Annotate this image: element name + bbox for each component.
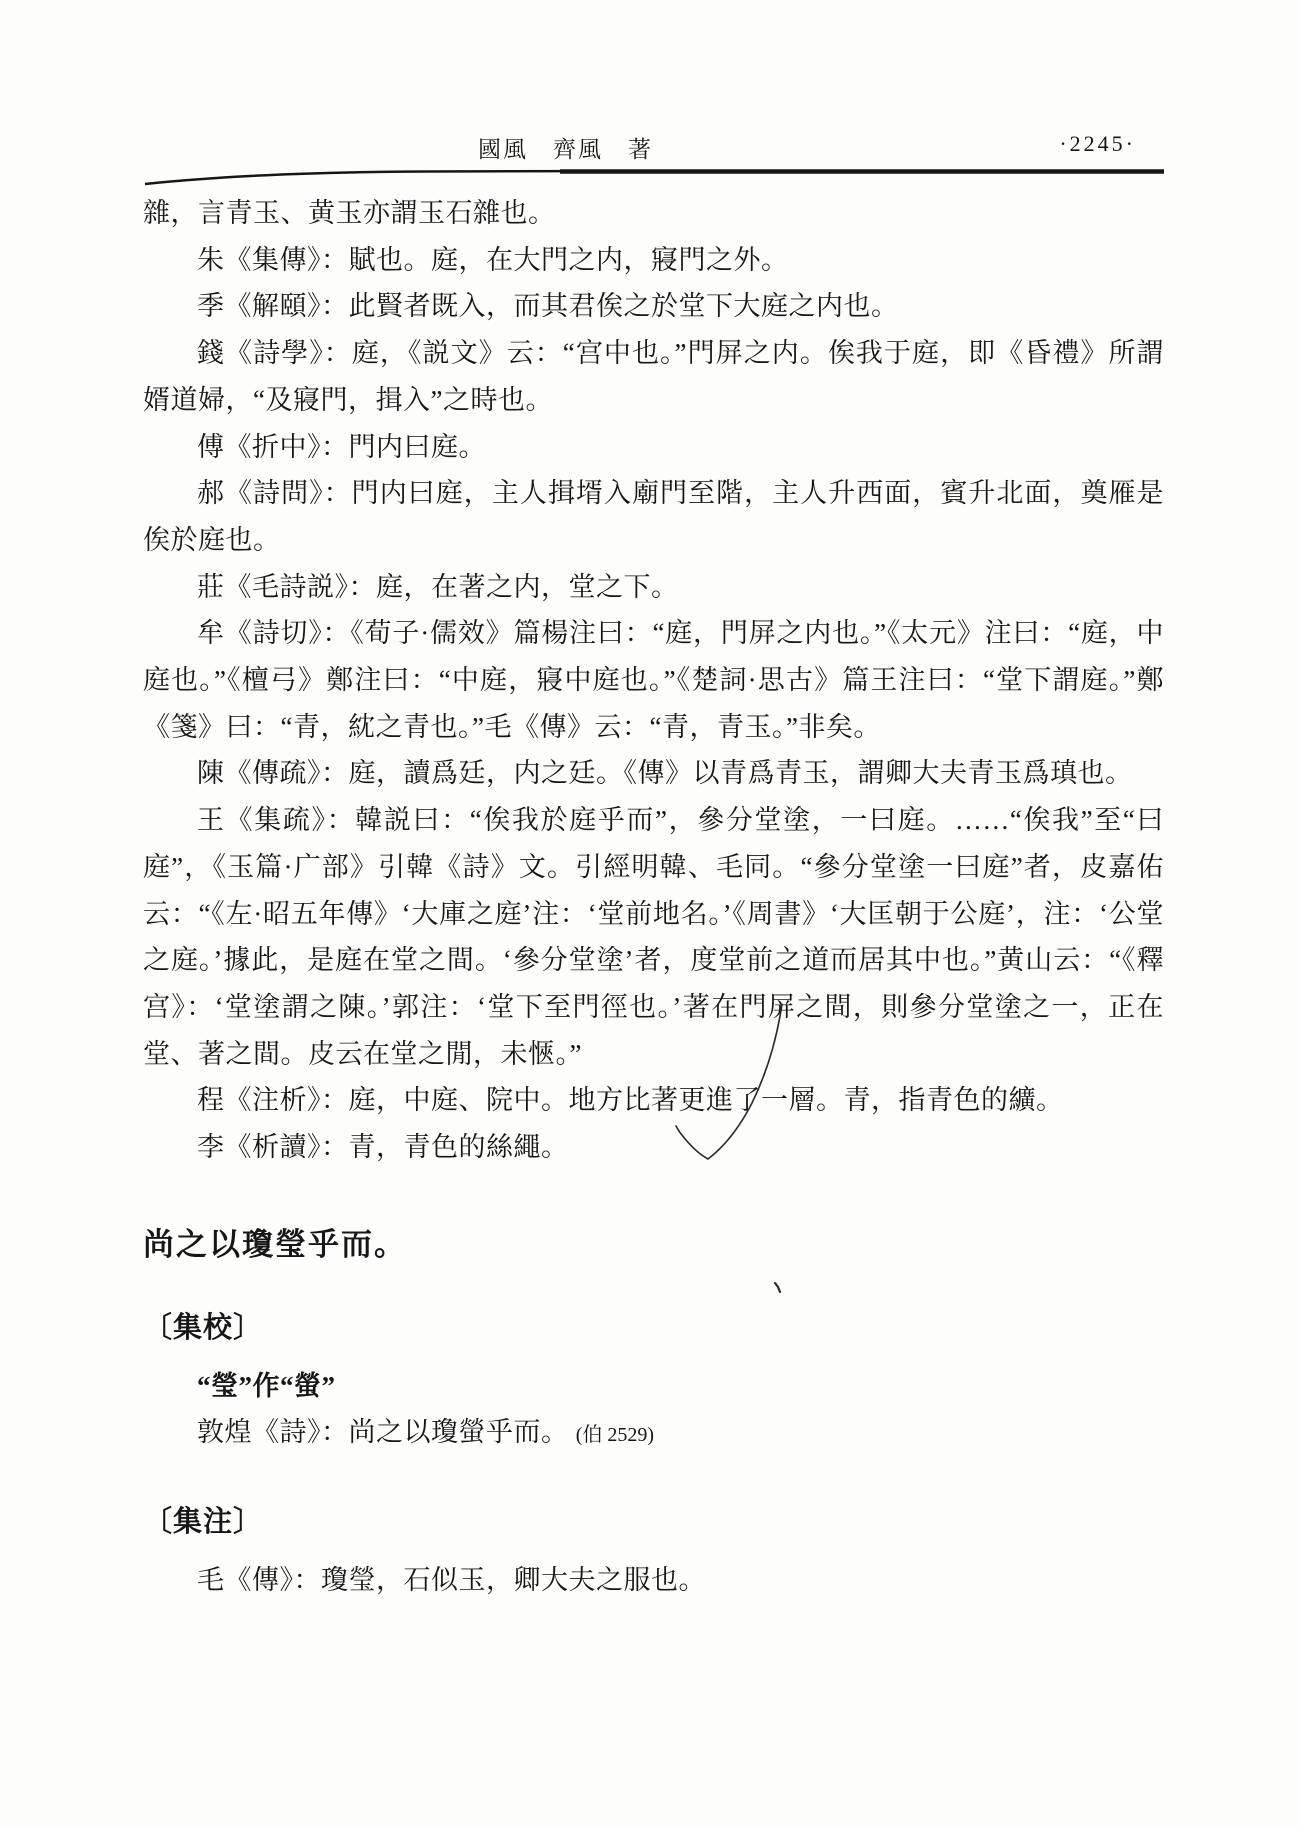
commentary-paragraph: 朱《集傳》：賦也。庭，在大門之内，寢門之外。: [143, 237, 1164, 284]
page-number: ·2245·: [1059, 131, 1136, 157]
commentary-paragraph: 錢《詩學》：庭，《説文》云：“宫中也。”門屏之内。俟我于庭，即《昏禮》所謂婿道婦…: [143, 330, 1164, 423]
variant-note: “瑩”作“螢”: [143, 1363, 1164, 1410]
commentary-paragraph: 雜，言青玉、黄玉亦謂玉石雜也。: [143, 190, 1164, 237]
commentary-paragraph: 李《析讀》：青，青色的絲繩。: [143, 1124, 1164, 1171]
commentary-paragraph: 郝《詩問》：門内曰庭，主人揖壻入廟門至階，主人升西面，賓升北面，奠雁是俟於庭也。: [143, 470, 1164, 563]
commentary-paragraph: 莊《毛詩説》：庭，在著之内，堂之下。: [143, 564, 1164, 611]
running-head-title: 國風 齊風 著: [55, 131, 1076, 164]
commentary-paragraph: 王《集疏》：韓説曰：“俟我於庭乎而”，參分堂塗，一曰庭。……“俟我”至“曰庭”，…: [143, 797, 1164, 1077]
commentary-paragraph: 傅《折中》：門内曰庭。: [143, 424, 1164, 471]
stanza-heading: 尚之以瓊瑩乎而。: [143, 1225, 1164, 1265]
commentary-paragraph: 陳《傳疏》：庭，讀爲廷，内之廷。《傳》以青爲青玉，謂卿大夫青玉爲瑱也。: [143, 750, 1164, 797]
commentary-paragraph: 牟《詩切》：《荀子·儒效》篇楊注曰：“庭，門屏之内也。”《太元》注曰：“庭，中庭…: [143, 610, 1164, 750]
collation-entry: 敦煌《詩》：尚之以瓊螢乎而。 (伯 2529): [143, 1409, 1164, 1459]
annotation-entry: 毛《傳》：瓊瑩，石似玉，卿大夫之服也。: [143, 1557, 1164, 1604]
manuscript-ref: (伯 2529): [576, 1424, 654, 1446]
collation-entry-text: 敦煌《詩》：尚之以瓊螢乎而。: [197, 1417, 569, 1447]
text-column: 雜，言青玉、黄玉亦謂玉石雜也。 朱《集傳》：賦也。庭，在大門之内，寢門之外。 季…: [143, 190, 1164, 1604]
commentary-paragraph: 季《解頤》：此賢者既入，而其君俟之於堂下大庭之内也。: [143, 283, 1164, 330]
book-page: 國風 齊風 著 ·2245· 雜，言青玉、黄玉亦謂玉石雜也。 朱《集傳》：賦也。…: [0, 0, 1300, 1827]
running-head: 國風 齊風 著 ·2245·: [143, 131, 1164, 161]
section-title-jizhu: 〔集注〕: [143, 1503, 1164, 1541]
head-rule-left-curve: [145, 171, 620, 184]
section-title-jixiao: 〔集校〕: [143, 1309, 1164, 1347]
commentary-paragraph: 程《注析》：庭，中庭、院中。地方比著更進了一層。青，指青色的纊。: [143, 1077, 1164, 1124]
